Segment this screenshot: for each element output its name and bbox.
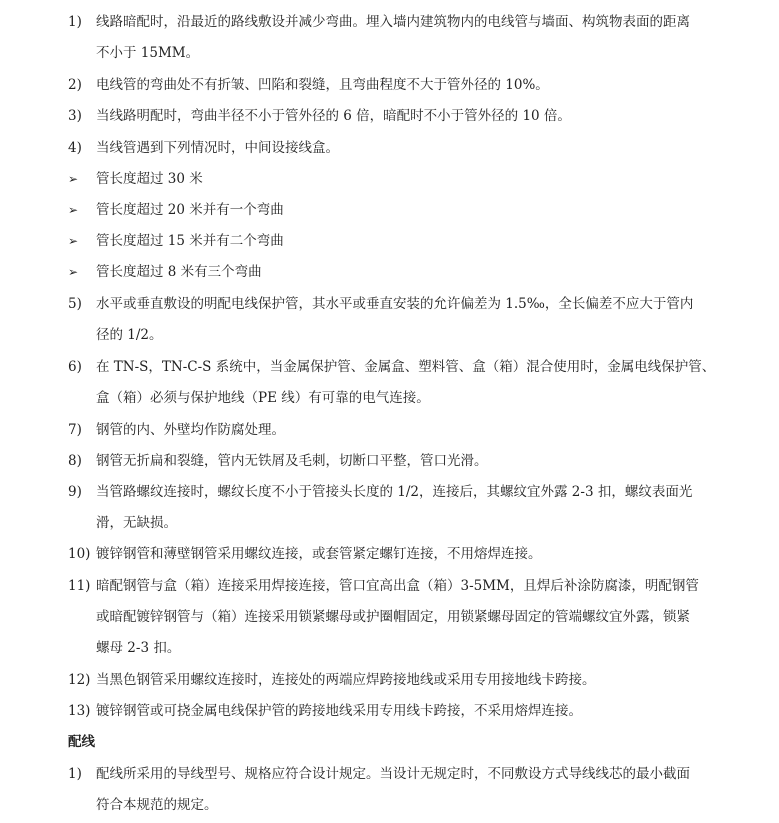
item-number: 6)	[68, 357, 82, 377]
item-text: 在 TN-S，TN-C-S 系统中，当金属保护管、金属盒、塑料管、盒（箱）混合使…	[96, 357, 715, 377]
item-text: 管长度超过 30 米	[96, 169, 203, 189]
item-text: 滑，无缺损。	[96, 513, 177, 533]
item-text: 线路暗配时，沿最近的路线敷设并减少弯曲。埋入墙内建筑物内的电线管与墙面、构筑物表…	[96, 12, 690, 32]
item-number: 11)	[68, 576, 90, 596]
item-number: 2)	[68, 75, 82, 95]
item-text: 配线所采用的导线型号、规格应符合设计规定。当设计无规定时，不同敷设方式导线线芯的…	[96, 764, 690, 784]
item-text: 螺母 2-3 扣。	[96, 638, 180, 658]
arrow-bullet-icon: ➢	[68, 231, 78, 251]
item-number: 3)	[68, 106, 82, 126]
item-text: 当线路明配时，弯曲半径不小于管外径的 6 倍，暗配时不小于管外径的 10 倍。	[96, 106, 571, 126]
item-text: 符合本规范的规定。	[96, 795, 218, 815]
item-number: 10)	[68, 544, 90, 564]
item-text: 水平或垂直敷设的明配电线保护管，其水平或垂直安装的允许偏差为 1.5‰，全长偏差…	[96, 294, 693, 314]
item-text: 暗配钢管与盒（箱）连接采用焊接连接，管口宜高出盒（箱）3-5MM，且焊后补涂防腐…	[96, 576, 699, 596]
arrow-bullet-icon: ➢	[68, 200, 78, 220]
item-text: 不小于 15MM。	[96, 43, 199, 63]
item-number: 4)	[68, 138, 82, 158]
item-text: 管长度超过 20 米并有一个弯曲	[96, 200, 284, 220]
item-text: 镀锌钢管或可挠金属电线保护管的跨接地线采用专用线卡跨接，不采用熔焊连接。	[96, 701, 582, 721]
item-number: 5)	[68, 294, 82, 314]
item-number: 1)	[68, 12, 82, 32]
item-text: 当管路螺纹连接时，螺纹长度不小于管接头长度的 1/2，连接后，其螺纹宜外露 2-…	[96, 482, 692, 502]
item-text: 盒（箱）必须与保护地线（PE 线）有可靠的电气连接。	[96, 388, 430, 408]
item-number: 12)	[68, 670, 90, 690]
item-text: 当线管遇到下列情况时，中间设接线盒。	[96, 138, 339, 158]
item-text: 管长度超过 15 米并有二个弯曲	[96, 231, 284, 251]
item-text: 当黑色钢管采用螺纹连接时，连接处的两端应焊跨接地线或采用专用接地线卡跨接。	[96, 670, 596, 690]
item-text: 镀锌钢管和薄壁钢管采用螺纹连接，或套管紧定螺钉连接，不用熔焊连接。	[96, 544, 542, 564]
item-text: 钢管无折扁和裂缝，管内无铁屑及毛刺，切断口平整，管口光滑。	[96, 451, 488, 471]
item-text: 径的 1/2。	[96, 325, 163, 345]
arrow-bullet-icon: ➢	[68, 262, 78, 282]
item-number: 7)	[68, 420, 82, 440]
item-number: 13)	[68, 701, 90, 721]
arrow-bullet-icon: ➢	[68, 169, 78, 189]
item-number: 1)	[68, 764, 82, 784]
item-number: 9)	[68, 482, 82, 502]
item-text: 电线管的弯曲处不有折皱、凹陷和裂缝，且弯曲程度不大于管外径的 10%。	[96, 75, 549, 95]
item-text: 钢管的内、外壁均作防腐处理。	[96, 420, 285, 440]
item-text: 管长度超过 8 米有三个弯曲	[96, 262, 262, 282]
item-number: 8)	[68, 451, 82, 471]
section-heading: 配线	[68, 732, 95, 752]
item-text: 或暗配镀锌钢管与（箱）连接采用锁紧螺母或护圈帽固定，用锁紧螺母固定的管端螺纹宜外…	[96, 607, 690, 627]
